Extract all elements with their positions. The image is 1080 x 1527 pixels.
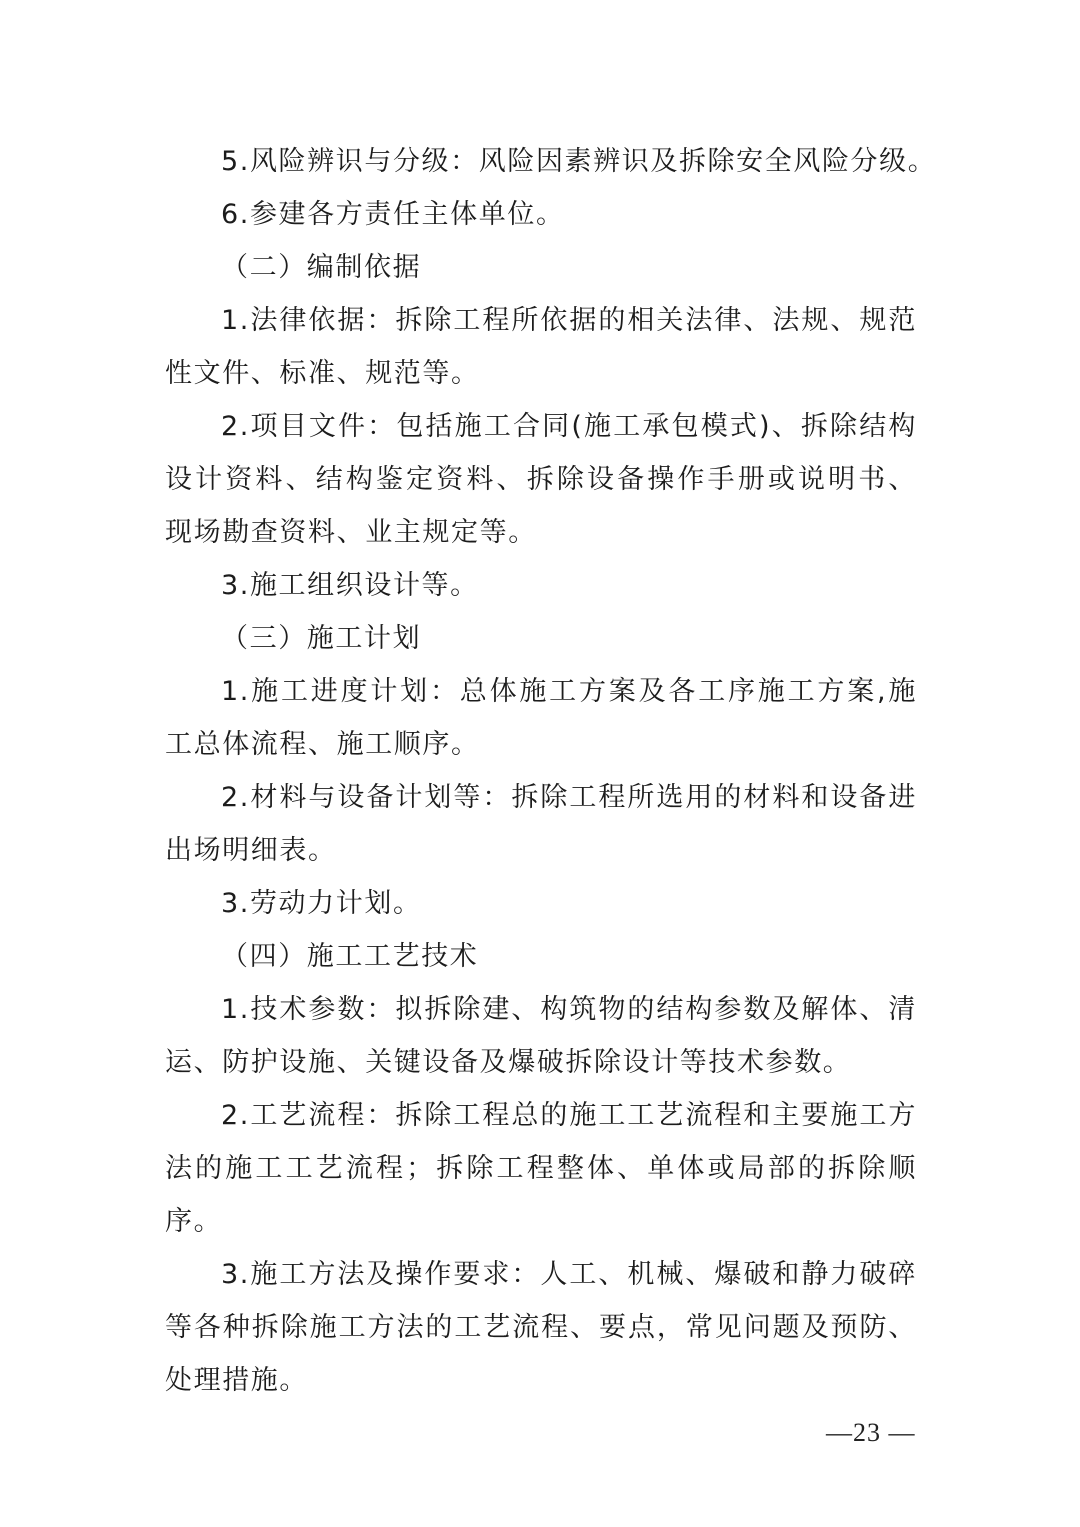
section-heading-compilation-basis: （二）编制依据: [221, 248, 981, 288]
item-process-flow-continued-2: 序。: [165, 1202, 925, 1242]
item-process-flow-continued-1: 法的施工工艺流程；拆除工程整体、单体或局部的拆除顺: [165, 1149, 917, 1189]
item-schedule-plan: 1.施工进度计划：总体施工方案及各工序施工方案,施: [221, 672, 917, 712]
item-construction-methods-continued-2: 处理措施。: [165, 1361, 925, 1401]
item-construction-organization-design: 3.施工组织设计等。: [221, 566, 981, 606]
section-heading-construction-technology: （四）施工工艺技术: [221, 937, 981, 977]
item-technical-parameters: 1.技术参数：拟拆除建、构筑物的结构参数及解体、清: [221, 990, 917, 1030]
document-page: 5.风险辨识与分级：风险因素辨识及拆除安全风险分级。 6.参建各方责任主体单位。…: [0, 0, 1080, 1527]
item-project-documents-continued-1: 设计资料、结构鉴定资料、拆除设备操作手册或说明书、: [165, 460, 917, 500]
item-construction-methods: 3.施工方法及操作要求：人工、机械、爆破和静力破碎: [221, 1255, 917, 1295]
item-legal-basis-continued: 性文件、标准、规范等。: [165, 354, 925, 394]
item-construction-methods-continued-1: 等各种拆除施工方法的工艺流程、要点，常见问题及预防、: [165, 1308, 917, 1348]
item-legal-basis: 1.法律依据：拆除工程所依据的相关法律、法规、规范: [221, 301, 917, 341]
item-project-documents-continued-2: 现场勘查资料、业主规定等。: [165, 513, 925, 553]
page-number: —23 —: [826, 1418, 916, 1448]
item-materials-equipment-plan-continued: 出场明细表。: [165, 831, 925, 871]
item-process-flow: 2.工艺流程：拆除工程总的施工工艺流程和主要施工方: [221, 1096, 917, 1136]
item-responsible-parties: 6.参建各方责任主体单位。: [221, 195, 981, 235]
section-heading-construction-plan: （三）施工计划: [221, 619, 981, 659]
item-risk-identification: 5.风险辨识与分级：风险因素辨识及拆除安全风险分级。: [221, 142, 981, 182]
item-technical-parameters-continued: 运、防护设施、关键设备及爆破拆除设计等技术参数。: [165, 1043, 925, 1083]
item-project-documents: 2.项目文件：包括施工合同(施工承包模式)、拆除结构: [221, 407, 917, 447]
item-labor-plan: 3.劳动力计划。: [221, 884, 981, 924]
item-schedule-plan-continued: 工总体流程、施工顺序。: [165, 725, 925, 765]
item-materials-equipment-plan: 2.材料与设备计划等：拆除工程所选用的材料和设备进: [221, 778, 917, 818]
